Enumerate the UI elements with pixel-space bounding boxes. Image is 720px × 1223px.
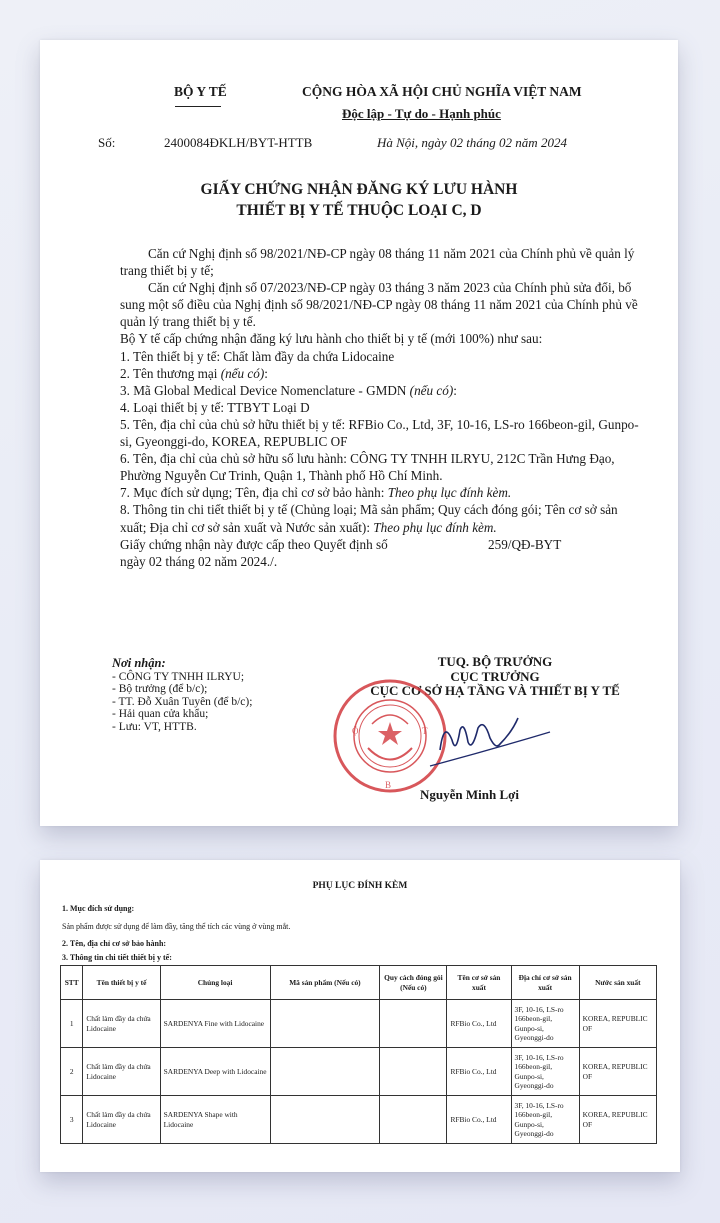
cell-address: 3F, 10-16, LS-ro 166beon-gil, Gunpo-si, … — [511, 1096, 579, 1144]
recipient-item: - Bộ trưởng (để b/c); — [112, 683, 352, 696]
cell-code — [270, 1096, 380, 1144]
document-subtitle: THIẾT BỊ Y TẾ THUỘC LOẠI C, D — [40, 202, 678, 220]
column-header: Tên cơ sở sản xuất — [447, 966, 511, 1000]
signer-name: Nguyễn Minh Lợi — [420, 787, 519, 803]
decision-line: Giấy chứng nhận này được cấp theo Quyết … — [120, 536, 640, 553]
republic-name: CỘNG HÒA XÃ HỘI CHỦ NGHĨA VIỆT NAM — [302, 84, 582, 100]
cell-country: KOREA, REPUBLIC OF — [579, 1096, 656, 1144]
cell-stt: 3 — [61, 1096, 83, 1144]
cell-code — [270, 1000, 380, 1048]
column-header: Địa chỉ cơ sở sản xuất — [511, 966, 579, 1000]
column-header: Chủng loại — [160, 966, 270, 1000]
document-title: GIẤY CHỨNG NHẬN ĐĂNG KÝ LƯU HÀNH — [40, 181, 678, 199]
item-details-label: 8. Thông tin chi tiết thiết bị y tế (Chủ… — [120, 502, 618, 534]
decision-number: 259/QĐ-BYT — [488, 536, 561, 553]
table-row: 3 Chất làm đầy da chứa Lidocaine SARDENY… — [61, 1096, 657, 1144]
svg-text:Ộ: Ộ — [352, 726, 359, 736]
item-license-holder: 6. Tên, địa chỉ của chủ sở hữu số lưu hà… — [120, 450, 640, 484]
cell-packaging — [380, 1000, 447, 1048]
item-purpose-value: Theo phụ lục đính kèm. — [388, 485, 511, 500]
cell-type: SARDENYA Shape with Lidocaine — [160, 1096, 270, 1144]
signature-authority: TUQ. BỘ TRƯỞNG — [330, 655, 660, 670]
item-purpose-label: 7. Mục đích sử dụng; Tên, địa chỉ cơ sở … — [120, 485, 388, 500]
annex-purpose-text: Sản phẩm được sử dụng để làm đầy, tăng t… — [62, 922, 290, 931]
item-trade-name-label: 2. Tên thương mại — [120, 366, 221, 381]
column-header: Mã sản phẩm (Nếu có) — [270, 966, 380, 1000]
document-body: Căn cứ Nghị định số 98/2021/NĐ-CP ngày 0… — [120, 245, 640, 570]
cell-manufacturer: RFBio Co., Ltd — [447, 1000, 511, 1048]
cell-country: KOREA, REPUBLIC OF — [579, 1048, 656, 1096]
legal-basis-2: Căn cứ Nghị định số 07/2023/NĐ-CP ngày 0… — [120, 279, 640, 330]
table-row: 1 Chất làm đầy da chứa Lidocaine SARDENY… — [61, 1000, 657, 1048]
recipient-item: - Lưu: VT, HTTB. — [112, 721, 352, 734]
cell-type: SARDENYA Fine with Lidocaine — [160, 1000, 270, 1048]
cell-manufacturer: RFBio Co., Ltd — [447, 1048, 511, 1096]
item-trade-name-note: (nếu có) — [221, 366, 265, 381]
cell-address: 3F, 10-16, LS-ro 166beon-gil, Gunpo-si, … — [511, 1048, 579, 1096]
table-row: 2 Chất làm đầy da chứa Lidocaine SARDENY… — [61, 1048, 657, 1096]
cell-address: 3F, 10-16, LS-ro 166beon-gil, Gunpo-si, … — [511, 1000, 579, 1048]
item-gmdn-colon: : — [453, 383, 457, 398]
column-header: Tên thiết bị y tế — [83, 966, 160, 1000]
item-device-name: 1. Tên thiết bị y tế: Chất làm đầy da ch… — [120, 348, 640, 365]
item-trade-name-colon: : — [264, 366, 268, 381]
cell-device: Chất làm đầy da chứa Lidocaine — [83, 1000, 160, 1048]
legal-basis-1: Căn cứ Nghị định số 98/2021/NĐ-CP ngày 0… — [120, 245, 640, 279]
table-header-row: STT Tên thiết bị y tế Chủng loại Mã sản … — [61, 966, 657, 1000]
annex-warranty-heading: 2. Tên, địa chỉ cơ sở bảo hành: — [62, 939, 166, 948]
item-details-value: Theo phụ lục đính kèm. — [373, 520, 496, 535]
item-gmdn-label: 3. Mã Global Medical Device Nomenclature… — [120, 383, 410, 398]
cell-device: Chất làm đầy da chứa Lidocaine — [83, 1096, 160, 1144]
cell-packaging — [380, 1096, 447, 1144]
signature-icon — [400, 700, 560, 780]
recipients-list: Nơi nhận: - CÔNG TY TNHH ILRYU; - Bộ trư… — [112, 657, 352, 733]
national-motto: Độc lập - Tự do - Hạnh phúc — [342, 106, 501, 122]
item-owner: 5. Tên, địa chỉ của chủ sở hữu thiết bị … — [120, 416, 640, 450]
decision-text: Giấy chứng nhận này được cấp theo Quyết … — [120, 537, 388, 552]
column-header: Nước sản xuất — [579, 966, 656, 1000]
cell-code — [270, 1048, 380, 1096]
column-header: STT — [61, 966, 83, 1000]
recipient-item: - CÔNG TY TNHH ILRYU; — [112, 671, 352, 684]
recipient-item: - Hải quan cửa khẩu; — [112, 708, 352, 721]
intro-paragraph: Bộ Y tế cấp chứng nhận đăng ký lưu hành … — [120, 330, 640, 347]
ministry-name: BỘ Y TẾ — [174, 84, 227, 100]
cell-manufacturer: RFBio Co., Ltd — [447, 1096, 511, 1144]
item-gmdn-note: (nếu có) — [410, 383, 454, 398]
item-details: 8. Thông tin chi tiết thiết bị y tế (Chủ… — [120, 501, 640, 535]
cell-type: SARDENYA Deep with Lidocaine — [160, 1048, 270, 1096]
cell-stt: 2 — [61, 1048, 83, 1096]
cell-device: Chất làm đầy da chứa Lidocaine — [83, 1048, 160, 1096]
annex-purpose-heading: 1. Mục đích sử dụng: — [62, 904, 134, 913]
annex-details-heading: 3. Thông tin chi tiết thiết bị y tế: — [62, 953, 172, 962]
document-number: 2400084ĐKLH/BYT-HTTB — [164, 135, 312, 151]
recipient-item: - TT. Đỗ Xuân Tuyên (để b/c); — [112, 696, 352, 709]
item-gmdn: 3. Mã Global Medical Device Nomenclature… — [120, 382, 640, 399]
ministry-underline — [175, 106, 221, 107]
recipients-heading: Nơi nhận: — [112, 657, 352, 670]
item-trade-name: 2. Tên thương mại (nếu có): — [120, 365, 640, 382]
cell-stt: 1 — [61, 1000, 83, 1048]
document-number-label: Số: — [98, 135, 115, 151]
certificate-page: BỘ Y TẾ CỘNG HÒA XÃ HỘI CHỦ NGHĨA VIỆT N… — [40, 40, 678, 826]
cell-packaging — [380, 1048, 447, 1096]
cell-country: KOREA, REPUBLIC OF — [579, 1000, 656, 1048]
item-purpose: 7. Mục đích sử dụng; Tên, địa chỉ cơ sở … — [120, 484, 640, 501]
column-header: Quy cách đóng gói (Nếu có) — [380, 966, 447, 1000]
svg-text:B: B — [385, 780, 391, 790]
decision-date: ngày 02 tháng 02 năm 2024./. — [120, 553, 640, 570]
item-device-class: 4. Loại thiết bị y tế: TTBYT Loại D — [120, 399, 640, 416]
device-details-table: STT Tên thiết bị y tế Chủng loại Mã sản … — [60, 965, 657, 1144]
annex-page: PHỤ LỤC ĐÍNH KÈM 1. Mục đích sử dụng: Sả… — [40, 860, 680, 1172]
place-date: Hà Nội, ngày 02 tháng 02 năm 2024 — [377, 135, 567, 151]
annex-title: PHỤ LỤC ĐÍNH KÈM — [40, 881, 680, 891]
